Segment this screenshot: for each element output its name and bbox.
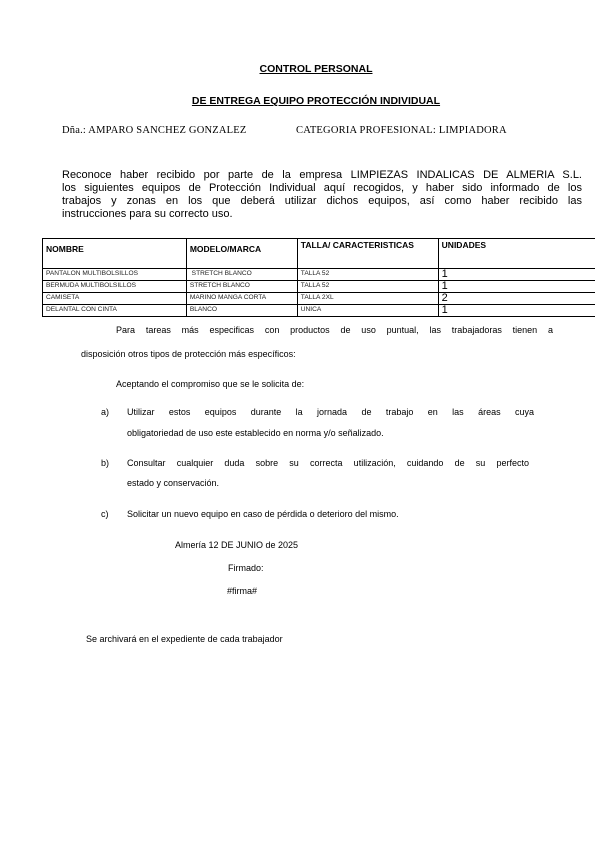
cell-talla: UNICA	[297, 305, 438, 317]
header-unidades: UNIDADES	[438, 239, 595, 269]
cell-talla: TALLA 2XL	[297, 293, 438, 305]
commitment-intro: Aceptando el compromiso que se le solici…	[116, 379, 304, 389]
commitment-b-line1: Consultar cualquier duda sobre su correc…	[127, 458, 529, 468]
commitment-b-line2: estado y conservación.	[127, 478, 219, 488]
signature-placeholder: #firma#	[227, 586, 257, 596]
cell-nombre: CAMISETA	[43, 293, 187, 305]
document-title: CONTROL PERSONAL	[0, 63, 595, 75]
header-modelo: MODELO/MARCA	[186, 239, 297, 269]
cell-modelo: STRETCH BLANCO	[186, 281, 297, 293]
intro-line: instrucciones para su correcto uso.	[62, 208, 582, 221]
specific-line-2: disposición otros tipos de protección má…	[81, 349, 296, 359]
cell-modelo: MARINO MANGA CORTA	[186, 293, 297, 305]
commitment-a-line2: obligatoriedad de uso este establecido e…	[127, 428, 384, 438]
archive-note: Se archivará en el expediente de cada tr…	[86, 634, 283, 644]
intro-line: los siguientes equipos de Protección Ind…	[62, 182, 582, 195]
intro-line: trabajos y zonas en los que deberá utili…	[62, 195, 582, 208]
table-row: PANTALON MULTIBOLSILLOS STRETCH BLANCO T…	[43, 269, 595, 281]
header-nombre: NOMBRE	[43, 239, 187, 269]
worker-line: Dña.: AMPARO SANCHEZ GONZALEZ	[62, 125, 247, 136]
specific-line-1: Para tareas más especificas con producto…	[116, 325, 553, 335]
worker-name: AMPARO SANCHEZ GONZALEZ	[88, 125, 246, 136]
signed-label: Firmado:	[228, 563, 264, 573]
commitment-c-line1: Solicitar un nuevo equipo en caso de pér…	[127, 509, 399, 519]
category-line: CATEGORIA PROFESIONAL: LIMPIADORA	[296, 125, 507, 136]
cell-nombre: PANTALON MULTIBOLSILLOS	[43, 269, 187, 281]
commitment-c-marker: c)	[101, 509, 109, 519]
commitment-b-marker: b)	[101, 458, 109, 468]
category-label: CATEGORIA PROFESIONAL:	[296, 125, 436, 136]
cell-unidades: 1	[438, 305, 595, 317]
intro-paragraph: Reconoce haber recibido por parte de la …	[62, 169, 582, 221]
worker-label: Dña.:	[62, 125, 86, 136]
commitment-a-line1: Utilizar estos equipos durante la jornad…	[127, 407, 534, 417]
cell-unidades: 1	[438, 269, 595, 281]
cell-talla: TALLA 52	[297, 281, 438, 293]
table-header-row: NOMBRE MODELO/MARCA TALLA/ CARACTERISTIC…	[43, 239, 595, 269]
cell-nombre: DELANTAL CON CINTA	[43, 305, 187, 317]
table-row: BERMUDA MULTIBOLSILLOS STRETCH BLANCO TA…	[43, 281, 595, 293]
cell-talla: TALLA 52	[297, 269, 438, 281]
cell-modelo: BLANCO	[186, 305, 297, 317]
table-row: CAMISETA MARINO MANGA CORTA TALLA 2XL 2	[43, 293, 595, 305]
header-talla: TALLA/ CARACTERISTICAS	[297, 239, 438, 269]
cell-unidades: 2	[438, 293, 595, 305]
cell-modelo: STRETCH BLANCO	[186, 269, 297, 281]
place-date: Almería 12 DE JUNIO de 2025	[175, 540, 298, 550]
category-value: LIMPIADORA	[439, 125, 507, 136]
cell-unidades: 1	[438, 281, 595, 293]
cell-nombre: BERMUDA MULTIBOLSILLOS	[43, 281, 187, 293]
table-row: DELANTAL CON CINTA BLANCO UNICA 1	[43, 305, 595, 317]
commitment-a-marker: a)	[101, 407, 109, 417]
ppe-table: NOMBRE MODELO/MARCA TALLA/ CARACTERISTIC…	[42, 238, 595, 317]
intro-line: Reconoce haber recibido por parte de la …	[62, 169, 582, 182]
document-subtitle: DE ENTREGA EQUIPO PROTECCIÓN INDIVIDUAL	[0, 95, 595, 107]
